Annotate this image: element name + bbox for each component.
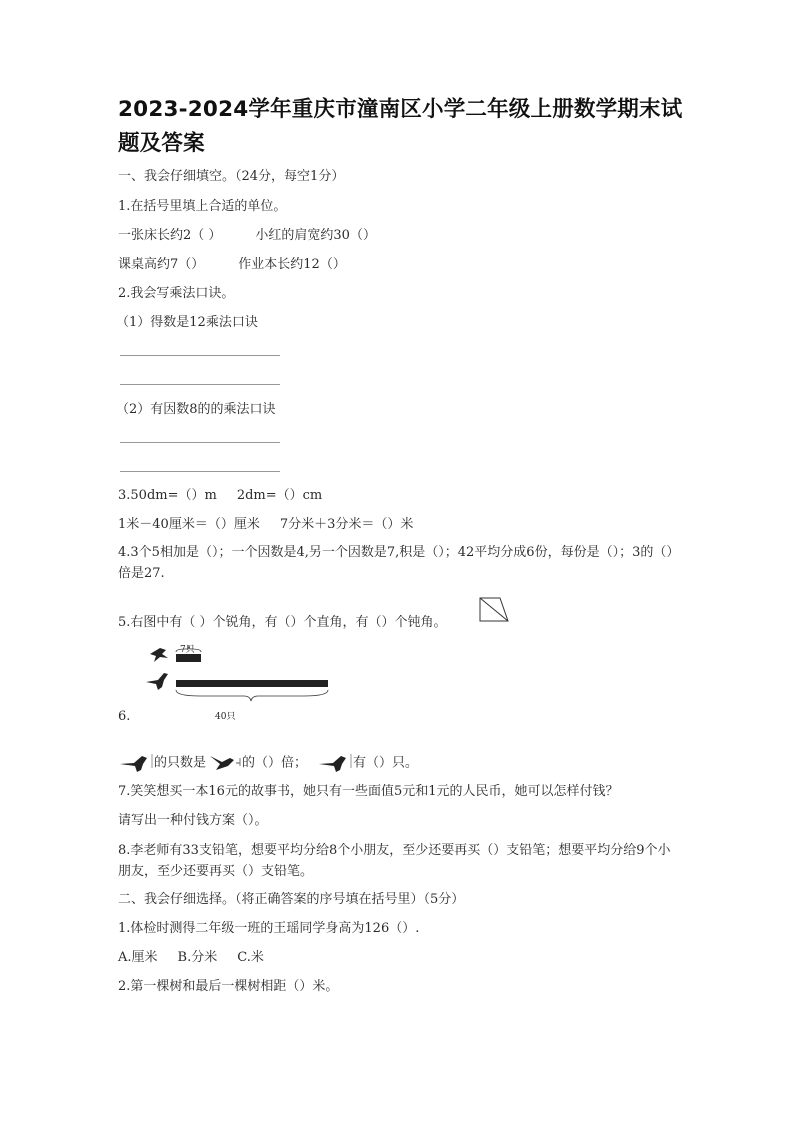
bird-icon bbox=[150, 648, 168, 662]
q6-number: 6. bbox=[118, 707, 130, 727]
q6-text-part2: 的（）倍； bbox=[242, 756, 307, 771]
bird-icon bbox=[317, 752, 353, 774]
q1-prompt: 1.在括号里填上合适的单位。 bbox=[118, 197, 286, 217]
quadrilateral-figure bbox=[478, 596, 510, 623]
q2-sub2: （2）有因数8的的乘法口诀 bbox=[116, 400, 276, 420]
document-title: 2023-2024学年重庆市潼南区小学二年级上册数学期末试题及答案 bbox=[118, 93, 688, 161]
answer-line bbox=[120, 471, 280, 472]
q1-desk-height: 课桌高约7（） bbox=[118, 257, 204, 272]
q6-text-part3: 有（）只。 bbox=[353, 756, 418, 771]
q6-text-part1: 的只数是 bbox=[154, 756, 206, 771]
bird-bar-diagram bbox=[140, 640, 340, 722]
bird-icon bbox=[146, 673, 168, 690]
option-a: A.厘米 bbox=[118, 950, 158, 965]
q3-addition: 7分米＋3分米＝（）米 bbox=[280, 517, 414, 532]
q4-text: 4.3个5相加是（）；一个因数是4,另一个因数是7,积是（）；42平均分成6份，… bbox=[118, 542, 678, 584]
q3-subtraction: 1米－40厘米＝（）厘米 bbox=[118, 517, 260, 532]
q7-line1: 7.笑笑想买一本16元的故事书，她只有一些面值5元和1元的人民币，她可以怎样付钱… bbox=[118, 782, 619, 802]
bird-icon bbox=[206, 752, 242, 774]
figure-top-label: 7只 bbox=[180, 640, 195, 660]
q3-row2: 1米－40厘米＝（）厘米7分米＋3分米＝（）米 bbox=[118, 515, 413, 535]
answer-line bbox=[120, 384, 280, 385]
option-b: B.分米 bbox=[178, 950, 218, 965]
s2-q1-options: A.厘米B.分米C.米 bbox=[118, 948, 264, 968]
q1-notebook-length: 作业本长约12（） bbox=[238, 257, 346, 272]
q1-row1: 一张床长约2（ ）小红的肩宽约30（） bbox=[118, 226, 376, 246]
s2-q2-prompt: 2.第一棵树和最后一棵树相距（）米。 bbox=[118, 977, 338, 997]
q7-line2: 请写出一种付钱方案（）。 bbox=[118, 811, 268, 831]
s2-q1-prompt: 1.体检时测得二年级一班的王瑶同学身高为126（）. bbox=[118, 919, 419, 939]
q2-prompt: 2.我会写乘法口诀。 bbox=[118, 284, 234, 304]
q1-bed-length: 一张床长约2（ ） bbox=[118, 228, 221, 243]
bird-icon bbox=[118, 752, 154, 774]
option-c: C.米 bbox=[237, 950, 264, 965]
q1-row2: 课桌高约7（）作业本长约12（） bbox=[118, 255, 346, 275]
q1-shoulder-width: 小红的肩宽约30（） bbox=[255, 228, 376, 243]
q2-sub1: （1）得数是12乘法口诀 bbox=[116, 313, 258, 333]
q3-dm-to-m: 3.50dm=（）m bbox=[118, 488, 217, 503]
answer-line bbox=[120, 442, 280, 443]
q6-text: 的只数是的（）倍；有（）只。 bbox=[118, 752, 418, 774]
figure-bottom-label: 40只 bbox=[215, 707, 235, 727]
section2-heading: 二、我会仔细选择。（将正确答案的序号填在括号里）（5分） bbox=[118, 890, 464, 910]
answer-line bbox=[120, 355, 280, 356]
q5-text: 5.右图中有（ ）个锐角，有（）个直角，有（）个钝角。 bbox=[118, 613, 447, 633]
section1-heading: 一、我会仔细填空。（24分，每空1分） bbox=[118, 167, 344, 187]
q8-text: 8.李老师有33支铅笔，想要平均分给8个小朋友，至少还要再买（）支铅笔；想要平均… bbox=[118, 840, 678, 882]
exam-page: 2023-2024学年重庆市潼南区小学二年级上册数学期末试题及答案 一、我会仔细… bbox=[0, 0, 793, 1122]
q3-row1: 3.50dm=（）m2dm=（）cm bbox=[118, 486, 322, 506]
q3-dm-to-cm: 2dm=（）cm bbox=[237, 488, 322, 503]
